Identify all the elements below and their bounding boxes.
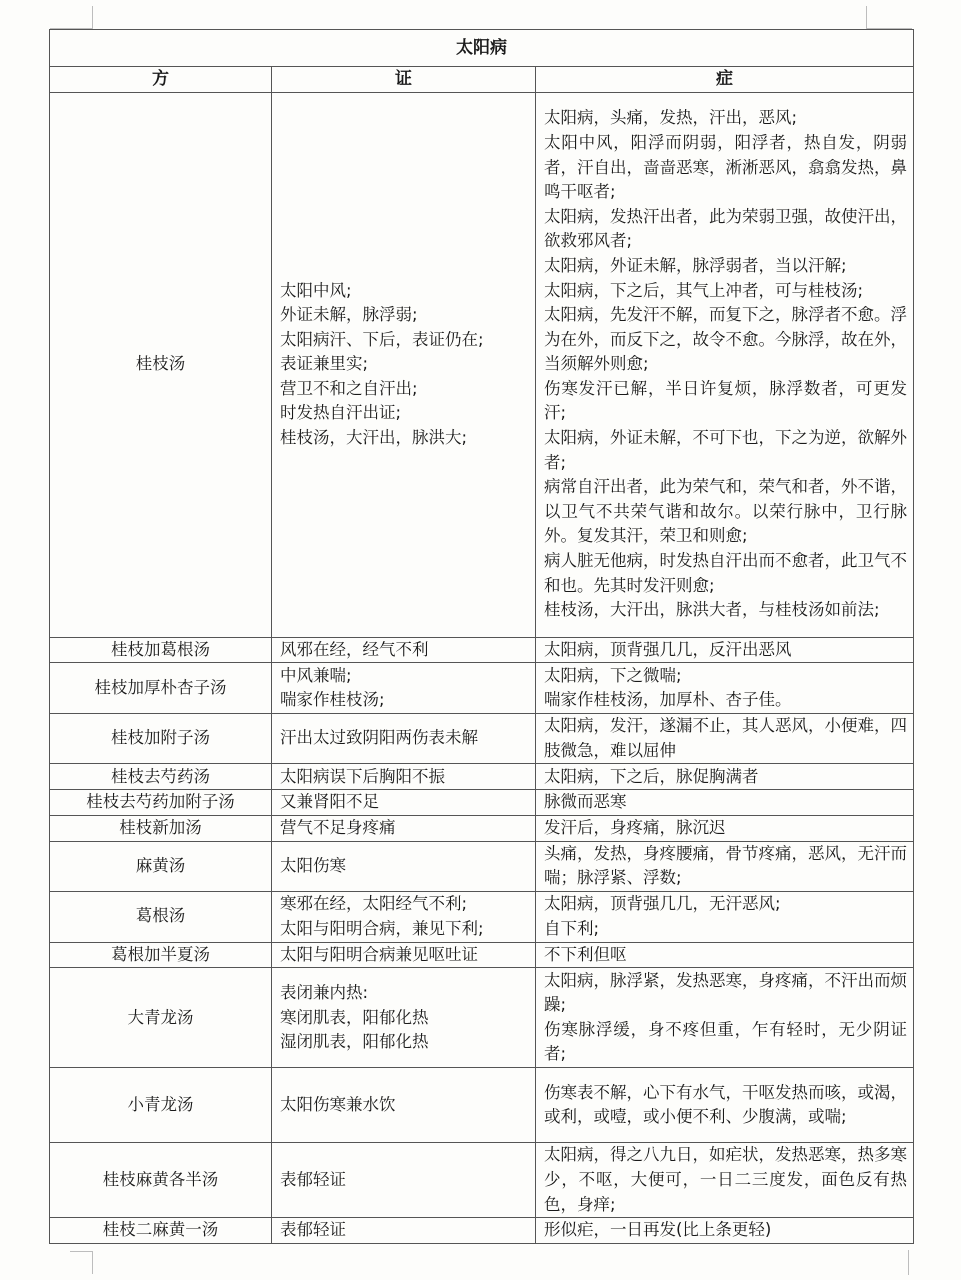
header-symptoms: 症 bbox=[536, 67, 914, 93]
symptoms-cell: 太阳病，头痛，发热，汗出，恶风;太阳中风，阳浮而阴弱，阳浮者，热自发，阴弱者，汗… bbox=[536, 92, 914, 637]
symptoms-cell: 太阳病，下之后，脉促胸满者 bbox=[536, 764, 914, 790]
table-row: 桂枝加附子汤汗出太过致阴阳两伤表未解太阳病，发汗，遂漏不止，其人恶风，小便难，四… bbox=[50, 714, 914, 764]
symptom-line: 太阳病，头痛，发热，汗出，恶风; bbox=[544, 106, 907, 131]
symptom-line: 太阳病，顶背强几几，无汗恶风; bbox=[544, 892, 907, 917]
symptom-line: 太阳病，顶背强几几，反汗出恶风 bbox=[544, 638, 907, 663]
symptoms-cell: 头痛，发热，身疼腰痛，骨节疼痛，恶风，无汗而喘；脉浮紧、浮数; bbox=[536, 841, 914, 891]
symptom-line: 桂枝汤，大汗出，脉洪大者，与桂枝汤如前法; bbox=[544, 598, 907, 623]
table-row: 桂枝加葛根汤风邪在经，经气不利太阳病，顶背强几几，反汗出恶风 bbox=[50, 637, 914, 663]
pattern-cell: 太阳伤寒 bbox=[272, 841, 536, 891]
pattern-cell: 寒邪在经，太阳经气不利;太阳与阳明合病，兼见下利; bbox=[272, 891, 536, 942]
symptom-line: 太阳病，发热汗出者，此为荣弱卫强，故使汗出，欲救邪风者; bbox=[544, 205, 907, 254]
page-corner-mark-top-left bbox=[50, 6, 93, 29]
pattern-line: 喘家作桂枝汤; bbox=[280, 688, 531, 713]
pattern-cell: 太阳与阳明合病兼见呕吐证 bbox=[272, 942, 536, 968]
symptom-line: 病常自汗出者，此为荣气和，荣气和者，外不谐，以卫气不共荣气谐和故尔。以荣行脉中，… bbox=[544, 475, 907, 549]
symptom-line: 喘家作桂枝汤，加厚朴、杏子佳。 bbox=[544, 688, 907, 713]
pattern-line: 湿闭肌表，阳郁化热 bbox=[280, 1030, 531, 1055]
pattern-line: 中风兼喘; bbox=[280, 664, 531, 689]
symptoms-cell: 太阳病，顶背强几几，无汗恶风;自下利; bbox=[536, 891, 914, 942]
table-row: 葛根汤寒邪在经，太阳经气不利;太阳与阳明合病，兼见下利;太阳病，顶背强几几，无汗… bbox=[50, 891, 914, 942]
table-row: 桂枝去芍药汤太阳病误下后胸阳不振太阳病，下之后，脉促胸满者 bbox=[50, 764, 914, 790]
symptom-line: 伤寒表不解，心下有水气，干呕发热而咳，或渴，或利，或噎，或小便不利、少腹满，或喘… bbox=[544, 1081, 907, 1130]
pattern-cell: 营气不足身疼痛 bbox=[272, 815, 536, 841]
symptoms-cell: 脉微而恶寒 bbox=[536, 790, 914, 816]
symptoms-cell: 太阳病，下之微喘;喘家作桂枝汤，加厚朴、杏子佳。 bbox=[536, 663, 914, 714]
pattern-line: 太阳与阳明合病兼见呕吐证 bbox=[280, 943, 531, 968]
table-row: 桂枝汤太阳中风;外证未解，脉浮弱;太阳病汗、下后，表证仍在;表证兼里实;营卫不和… bbox=[50, 92, 914, 637]
symptom-line: 伤寒发汗已解，半日许复烦，脉浮数者，可更发汗; bbox=[544, 377, 907, 426]
formula-cell: 麻黄汤 bbox=[50, 841, 272, 891]
pattern-line: 寒邪在经，太阳经气不利; bbox=[280, 892, 531, 917]
table-row: 桂枝麻黄各半汤表郁轻证太阳病，得之八九日，如疟状，发热恶寒，热多寒少，不呕，大便… bbox=[50, 1143, 914, 1218]
pattern-line: 太阳伤寒 bbox=[280, 854, 531, 879]
pattern-line: 营卫不和之自汗出; bbox=[280, 377, 535, 402]
pattern-cell: 太阳病误下后胸阳不振 bbox=[272, 764, 536, 790]
symptom-line: 太阳病，发汗，遂漏不止，其人恶风，小便难，四肢微急，难以屈伸 bbox=[544, 714, 907, 763]
symptom-line: 伤寒脉浮缓，身不疼但重，乍有轻时，无少阴证者; bbox=[544, 1018, 907, 1067]
table-row: 葛根加半夏汤太阳与阳明合病兼见呕吐证不下利但呕 bbox=[50, 942, 914, 968]
symptoms-cell: 太阳病，得之八九日，如疟状，发热恶寒，热多寒少，不呕，大便可，一日二三度发，面色… bbox=[536, 1143, 914, 1218]
pattern-line: 表郁轻证 bbox=[280, 1218, 531, 1243]
taiyang-formula-table: 太阳病 方 证 症 桂枝汤太阳中风;外证未解，脉浮弱;太阳病汗、下后，表证仍在;… bbox=[49, 29, 914, 1244]
formula-cell: 桂枝加附子汤 bbox=[50, 714, 272, 764]
formula-cell: 桂枝麻黄各半汤 bbox=[50, 1143, 272, 1218]
pattern-cell: 表郁轻证 bbox=[272, 1143, 536, 1218]
table-row: 桂枝新加汤营气不足身疼痛发汗后，身疼痛，脉沉迟 bbox=[50, 815, 914, 841]
symptom-line: 太阳病，脉浮紧，发热恶寒，身疼痛，不汗出而烦躁; bbox=[544, 969, 907, 1018]
symptoms-cell: 形似疟，一日再发(比上条更轻) bbox=[536, 1218, 914, 1244]
pattern-cell: 风邪在经，经气不利 bbox=[272, 637, 536, 663]
header-pattern: 证 bbox=[272, 67, 536, 93]
page-corner-mark-bottom-right bbox=[908, 1250, 909, 1275]
header-formula: 方 bbox=[50, 67, 272, 93]
formula-cell: 桂枝汤 bbox=[50, 92, 272, 637]
pattern-line: 又兼肾阳不足 bbox=[280, 790, 531, 815]
pattern-cell: 表闭兼内热:寒闭肌表，阳郁化热湿闭肌表，阳郁化热 bbox=[272, 968, 536, 1068]
formula-cell: 大青龙汤 bbox=[50, 968, 272, 1068]
pattern-line: 桂枝汤，大汗出，脉洪大; bbox=[280, 426, 535, 451]
formula-cell: 桂枝二麻黄一汤 bbox=[50, 1218, 272, 1244]
table-row: 麻黄汤太阳伤寒头痛，发热，身疼腰痛，骨节疼痛，恶风，无汗而喘；脉浮紧、浮数; bbox=[50, 841, 914, 891]
table-title-row: 太阳病 bbox=[50, 30, 914, 67]
symptom-line: 头痛，发热，身疼腰痛，骨节疼痛，恶风，无汗而喘；脉浮紧、浮数; bbox=[544, 842, 907, 891]
formula-cell: 桂枝加葛根汤 bbox=[50, 637, 272, 663]
pattern-line: 表证兼里实; bbox=[280, 352, 535, 377]
pattern-line: 表闭兼内热: bbox=[280, 981, 531, 1006]
pattern-line: 营气不足身疼痛 bbox=[280, 816, 531, 841]
pattern-line: 汗出太过致阴阳两伤表未解 bbox=[280, 726, 531, 751]
symptoms-cell: 太阳病，脉浮紧，发热恶寒，身疼痛，不汗出而烦躁;伤寒脉浮缓，身不疼但重，乍有轻时… bbox=[536, 968, 914, 1068]
table-body: 桂枝汤太阳中风;外证未解，脉浮弱;太阳病汗、下后，表证仍在;表证兼里实;营卫不和… bbox=[50, 92, 914, 1244]
symptom-line: 太阳病，得之八九日，如疟状，发热恶寒，热多寒少，不呕，大便可，一日二三度发，面色… bbox=[544, 1143, 907, 1217]
pattern-line: 表郁轻证 bbox=[280, 1168, 531, 1193]
table-row: 桂枝加厚朴杏子汤中风兼喘;喘家作桂枝汤;太阳病，下之微喘;喘家作桂枝汤，加厚朴、… bbox=[50, 663, 914, 714]
symptom-line: 太阳病，外证未解，不可下也，下之为逆，欲解外者; bbox=[544, 426, 907, 475]
table-row: 小青龙汤太阳伤寒兼水饮伤寒表不解，心下有水气，干呕发热而咳，或渴，或利，或噎，或… bbox=[50, 1068, 914, 1143]
pattern-line: 太阳中风; bbox=[280, 279, 535, 304]
pattern-cell: 中风兼喘;喘家作桂枝汤; bbox=[272, 663, 536, 714]
pattern-line: 太阳伤寒兼水饮 bbox=[280, 1093, 531, 1118]
pattern-line: 外证未解，脉浮弱; bbox=[280, 303, 535, 328]
table-row: 桂枝二麻黄一汤表郁轻证形似疟，一日再发(比上条更轻) bbox=[50, 1218, 914, 1244]
symptom-line: 脉微而恶寒 bbox=[544, 790, 907, 815]
table-row: 大青龙汤表闭兼内热:寒闭肌表，阳郁化热湿闭肌表，阳郁化热太阳病，脉浮紧，发热恶寒… bbox=[50, 968, 914, 1068]
formula-cell: 葛根汤 bbox=[50, 891, 272, 942]
pattern-cell: 太阳伤寒兼水饮 bbox=[272, 1068, 536, 1143]
symptom-line: 自下利; bbox=[544, 917, 907, 942]
formula-cell: 桂枝新加汤 bbox=[50, 815, 272, 841]
table-row: 桂枝去芍药加附子汤又兼肾阳不足脉微而恶寒 bbox=[50, 790, 914, 816]
formula-cell: 桂枝去芍药加附子汤 bbox=[50, 790, 272, 816]
symptom-line: 病人脏无他病，时发热自汗出而不愈者，此卫气不和也。先其时发汗则愈; bbox=[544, 549, 907, 598]
formula-cell: 桂枝去芍药汤 bbox=[50, 764, 272, 790]
formula-cell: 桂枝加厚朴杏子汤 bbox=[50, 663, 272, 714]
symptom-line: 太阳病，先发汗不解，而复下之，脉浮者不愈。浮为在外，而反下之，故令不愈。今脉浮，… bbox=[544, 303, 907, 377]
symptom-line: 形似疟，一日再发(比上条更轻) bbox=[544, 1218, 907, 1243]
table-header-row: 方 证 症 bbox=[50, 67, 914, 93]
symptom-line: 发汗后，身疼痛，脉沉迟 bbox=[544, 816, 907, 841]
pattern-line: 寒闭肌表，阳郁化热 bbox=[280, 1006, 531, 1031]
pattern-line: 太阳病误下后胸阳不振 bbox=[280, 765, 531, 790]
formula-cell: 葛根加半夏汤 bbox=[50, 942, 272, 968]
symptom-line: 不下利但呕 bbox=[544, 943, 907, 968]
symptoms-cell: 发汗后，身疼痛，脉沉迟 bbox=[536, 815, 914, 841]
pattern-cell: 表郁轻证 bbox=[272, 1218, 536, 1244]
symptom-line: 太阳病，下之后，脉促胸满者 bbox=[544, 765, 907, 790]
symptom-line: 太阳病，下之微喘; bbox=[544, 664, 907, 689]
symptoms-cell: 伤寒表不解，心下有水气，干呕发热而咳，或渴，或利，或噎，或小便不利、少腹满，或喘… bbox=[536, 1068, 914, 1143]
page-corner-mark-bottom-left bbox=[70, 1251, 93, 1274]
pattern-line: 风邪在经，经气不利 bbox=[280, 638, 531, 663]
pattern-line: 时发热自汗出证; bbox=[280, 401, 535, 426]
symptom-line: 太阳中风，阳浮而阴弱，阳浮者，热自发，阴弱者，汗自出，啬啬恶寒，淅淅恶风，翕翕发… bbox=[544, 131, 907, 205]
pattern-line: 太阳病汗、下后，表证仍在; bbox=[280, 328, 535, 353]
pattern-cell: 汗出太过致阴阳两伤表未解 bbox=[272, 714, 536, 764]
symptoms-cell: 不下利但呕 bbox=[536, 942, 914, 968]
formula-cell: 小青龙汤 bbox=[50, 1068, 272, 1143]
table-title: 太阳病 bbox=[50, 30, 914, 67]
pattern-line: 太阳与阳明合病，兼见下利; bbox=[280, 917, 531, 942]
symptom-line: 太阳病，下之后，其气上冲者，可与桂枝汤; bbox=[544, 279, 907, 304]
page-corner-mark-top-right bbox=[866, 6, 868, 28]
pattern-cell: 又兼肾阳不足 bbox=[272, 790, 536, 816]
symptoms-cell: 太阳病，顶背强几几，反汗出恶风 bbox=[536, 637, 914, 663]
pattern-cell: 太阳中风;外证未解，脉浮弱;太阳病汗、下后，表证仍在;表证兼里实;营卫不和之自汗… bbox=[272, 92, 536, 637]
symptoms-cell: 太阳病，发汗，遂漏不止，其人恶风，小便难，四肢微急，难以屈伸 bbox=[536, 714, 914, 764]
symptom-line: 太阳病，外证未解，脉浮弱者，当以汗解; bbox=[544, 254, 907, 279]
